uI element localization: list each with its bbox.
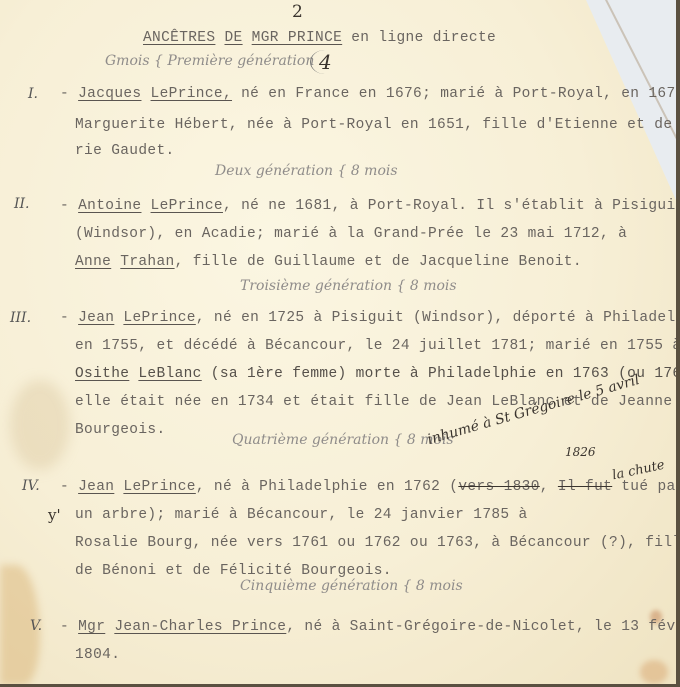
entry-line: 1804. [75, 647, 120, 663]
entry-line: Rosalie Bourg, née vers 1761 ou 1762 ou … [75, 535, 676, 551]
page-number: 2 [292, 2, 303, 22]
stain [10, 380, 70, 470]
entry-line: Anne Trahan, fille de Guillaume et de Ja… [75, 254, 582, 270]
generation-note: Deux génération { 8 mois [215, 163, 398, 179]
entry-line: - Jean LePrince, né à Philadelphie en 17… [60, 479, 676, 495]
entry-line: en 1755, et décédé à Bécancour, le 24 ju… [75, 338, 676, 354]
generation-note: Troisième génération { 8 mois [240, 278, 457, 294]
entry-line: Osithe LeBlanc (sa 1ère femme) morte à P… [75, 366, 676, 382]
stain [640, 660, 668, 684]
page-title: ANCÊTRES DE MGR PRINCE en ligne directe [143, 30, 496, 46]
entry-line: Marguerite Hébert, née à Port-Royal en 1… [75, 117, 676, 133]
entry-line: - Jacques LePrince, né en France en 1676… [60, 86, 676, 102]
entry-line: (Windsor), en Acadie; marié à la Grand-P… [75, 226, 627, 242]
document-page: 2 ANCÊTRES DE MGR PRINCE en ligne direct… [0, 0, 676, 684]
generation-marker: III. [10, 310, 31, 326]
insertion-mark: y' [48, 506, 61, 524]
entry-line: - Jean LePrince, né en 1725 à Pisiguit (… [60, 310, 676, 326]
entry-line: Bourgeois. [75, 422, 166, 438]
entry-line: un arbre); marié à Bécancour, le 24 janv… [75, 507, 528, 523]
entry-line: - Mgr Jean-Charles Prince, né à Saint-Gr… [60, 619, 676, 635]
entry-line: - Antoine LePrince, né ne 1681, à Port-R… [60, 198, 676, 214]
entry-line: de Bénoni et de Félicité Bourgeois. [75, 563, 392, 579]
entry-line: rie Gaudet. [75, 143, 175, 159]
generation-marker: I. [28, 86, 38, 102]
generation-marker: II. [14, 196, 30, 212]
generation-note: Quatrième génération { 8 mois [232, 432, 454, 448]
generation-marker: V. [30, 618, 42, 634]
handwritten-year: 1826 [565, 445, 596, 459]
generation-note: Cinquième génération { 8 mois [240, 578, 463, 594]
margin-annotation: 4 [310, 50, 340, 74]
generation-note: Gmois { Première génération [105, 53, 314, 69]
generation-marker: IV. [22, 478, 40, 494]
